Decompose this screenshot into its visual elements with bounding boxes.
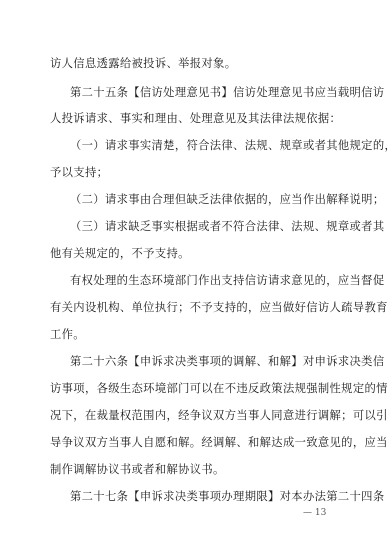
article-26-heading: 第二十六条【申诉求决类事项的调解、和解】对申诉求决类信 [70,355,340,369]
text-line: 予以支持； [50,166,340,180]
list-item-2: （二）请求事由合理但缺乏法律依据的，应当作出解释说明； [70,193,340,207]
text-line: 况下，在裁量权范围内，经争议双方当事人同意进行调解；可以引 [50,409,340,423]
article-25-heading: 第二十五条【信访处理意见书】信访处理意见书应当载明信访 [70,86,340,100]
document-page: 访人信息透露给被投诉、举报对象。 第二十五条【信访处理意见书】信访处理意见书应当… [0,0,390,551]
text-line: 访事项，各级生态环境部门可以在不违反政策法规强制性规定的情 [50,382,340,396]
list-item-3: （三）请求缺乏事实根据或者不符合法律、法规、规章或者其 [70,220,340,234]
paragraph-start: 有权处理的生态环境部门作出支持信访请求意见的，应当督促 [70,274,340,288]
text-line: 工作。 [50,328,340,342]
text-line: 人投诉请求、事实和理由、处理意见及其法律法规依据： [50,112,340,126]
text-line: 导争议双方当事人自愿和解。经调解、和解达成一致意见的，应当 [50,436,340,450]
text-line: 访人信息透露给被投诉、举报对象。 [50,57,340,71]
page-number: — 13 [303,508,326,518]
text-line: 他有关规定的，不予支持。 [50,247,340,261]
text-line: 制作调解协议书或者和解协议书。 [50,463,340,477]
article-27-heading: 第二十七条【申诉求决类事项办理期限】对本办法第二十四条 [70,490,340,504]
text-line: 有关内设机构、单位执行；不予支持的，应当做好信访人疏导教育 [50,301,340,315]
list-item-1: （一）请求事实清楚，符合法律、法规、规章或者其他规定的， [70,139,340,153]
